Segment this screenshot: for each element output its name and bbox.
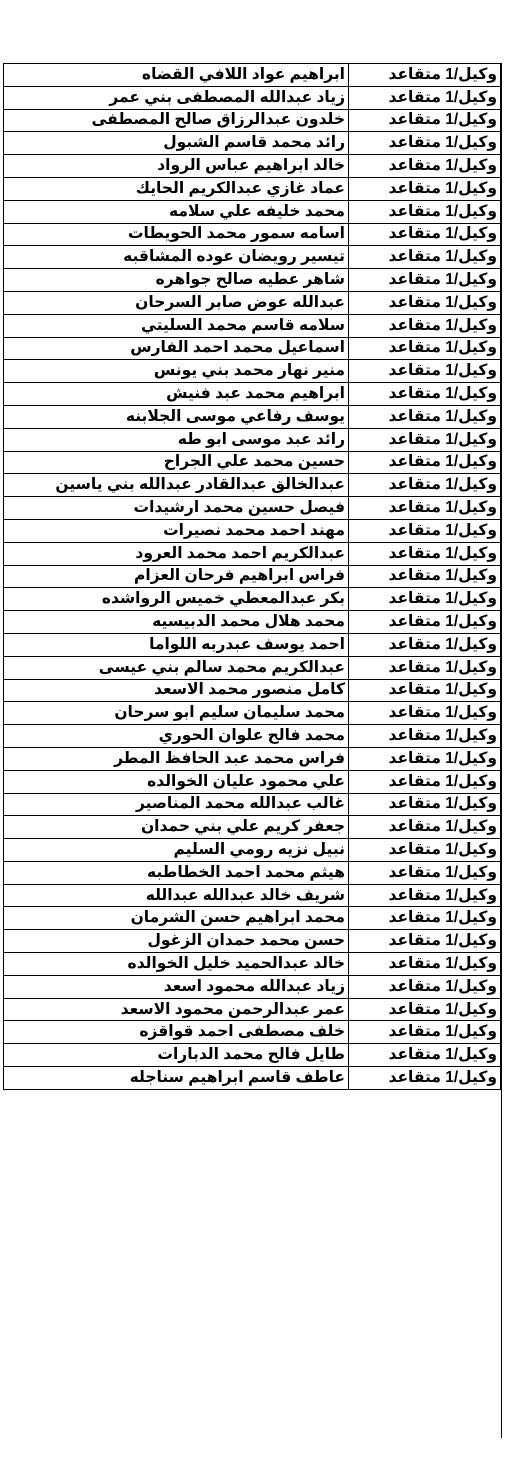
table-row: وكيل/1 متقاعدعبدالخالق عبدالقادر عبدالله… — [4, 474, 501, 497]
table-row: وكيل/1 متقاعدرائد محمد قاسم الشبول — [4, 132, 501, 155]
roster-body: وكيل/1 متقاعدابراهيم عواد اللافي القضاهو… — [4, 64, 501, 1090]
table-row: وكيل/1 متقاعدمحمد ابراهيم حسن الشرمان — [4, 907, 501, 930]
name-cell[interactable]: فراس محمد عبد الحافظ المطر — [4, 747, 349, 770]
name-cell[interactable]: سلامه قاسم محمد السليتي — [4, 314, 349, 337]
name-cell[interactable]: شريف خالد عبدالله عبدالله — [4, 884, 349, 907]
table-row: وكيل/1 متقاعدعلي محمود عليان الخوالده — [4, 770, 501, 793]
table-row: وكيل/1 متقاعدمنير نهار محمد بني يونس — [4, 360, 501, 383]
rank-cell[interactable]: وكيل/1 متقاعد — [349, 246, 501, 269]
rank-cell[interactable]: وكيل/1 متقاعد — [349, 428, 501, 451]
name-cell[interactable]: احمد يوسف عبدربه اللواما — [4, 633, 349, 656]
rank-cell[interactable]: وكيل/1 متقاعد — [349, 1021, 501, 1044]
table-row: وكيل/1 متقاعدعبدالكريم احمد محمد العرود — [4, 542, 501, 565]
name-cell[interactable]: حسن محمد حمدان الزغول — [4, 930, 349, 953]
table-row: وكيل/1 متقاعدزياد عبدالله المصطفى بني عم… — [4, 86, 501, 109]
table-row: وكيل/1 متقاعدعماد غازي عبدالكريم الحايك — [4, 177, 501, 200]
table-row: وكيل/1 متقاعدكامل منصور محمد الاسعد — [4, 679, 501, 702]
table-row: وكيل/1 متقاعدحسن محمد حمدان الزغول — [4, 930, 501, 953]
table-row: وكيل/1 متقاعدمحمد سليمان سليم ابو سرحان — [4, 702, 501, 725]
table-row: وكيل/1 متقاعدطايل فالح محمد الدبارات — [4, 1044, 501, 1067]
rank-cell[interactable]: وكيل/1 متقاعد — [349, 155, 501, 178]
name-cell[interactable]: زياد عبدالله المصطفى بني عمر — [4, 86, 349, 109]
name-cell[interactable]: محمد سليمان سليم ابو سرحان — [4, 702, 349, 725]
table-row: وكيل/1 متقاعدمحمد هلال محمد الدبيسيه — [4, 611, 501, 634]
name-cell[interactable]: فراس ابراهيم فرحان العزام — [4, 565, 349, 588]
name-cell[interactable]: عبدالكريم احمد محمد العرود — [4, 542, 349, 565]
name-cell[interactable]: هيثم محمد احمد الخطاطبه — [4, 861, 349, 884]
rank-cell[interactable]: وكيل/1 متقاعد — [349, 86, 501, 109]
table-row: وكيل/1 متقاعداسماعيل محمد احمد الفارس — [4, 337, 501, 360]
table-row: وكيل/1 متقاعدغالب عبدالله محمد المناصير — [4, 793, 501, 816]
name-cell[interactable]: حسين محمد علي الجراح — [4, 451, 349, 474]
name-cell[interactable]: ابراهيم محمد عبد فنيش — [4, 383, 349, 406]
rank-cell[interactable]: وكيل/1 متقاعد — [349, 907, 501, 930]
name-cell[interactable]: عاطف قاسم ابراهيم سناجله — [4, 1067, 349, 1090]
name-cell[interactable]: خالد ابراهيم عباس الرواد — [4, 155, 349, 178]
rank-cell[interactable]: وكيل/1 متقاعد — [349, 360, 501, 383]
rank-cell[interactable]: وكيل/1 متقاعد — [349, 1067, 501, 1090]
rank-cell[interactable]: وكيل/1 متقاعد — [349, 337, 501, 360]
table-row: وكيل/1 متقاعدشريف خالد عبدالله عبدالله — [4, 884, 501, 907]
name-cell[interactable]: جعفر كريم علي بني حمدان — [4, 816, 349, 839]
table-row: وكيل/1 متقاعدهيثم محمد احمد الخطاطبه — [4, 861, 501, 884]
name-cell[interactable]: طايل فالح محمد الدبارات — [4, 1044, 349, 1067]
table-row: وكيل/1 متقاعدعبدالكريم محمد سالم بني عيس… — [4, 656, 501, 679]
rank-cell[interactable]: وكيل/1 متقاعد — [349, 519, 501, 542]
name-cell[interactable]: محمد خليفه علي سلامه — [4, 200, 349, 223]
name-cell[interactable]: محمد ابراهيم حسن الشرمان — [4, 907, 349, 930]
table-row: وكيل/1 متقاعدرائد عبد موسى ابو طه — [4, 428, 501, 451]
name-cell[interactable]: خالد عبدالحميد خليل الخوالده — [4, 953, 349, 976]
table-row: وكيل/1 متقاعدجعفر كريم علي بني حمدان — [4, 816, 501, 839]
table-row: وكيل/1 متقاعدابراهيم محمد عبد فنيش — [4, 383, 501, 406]
table-row: وكيل/1 متقاعدخالد عبدالحميد خليل الخوالد… — [4, 953, 501, 976]
table-row: وكيل/1 متقاعدمحمد فالح علوان الحوري — [4, 725, 501, 748]
name-cell[interactable]: خلف مصطفى احمد قواقزه — [4, 1021, 349, 1044]
table-row: وكيل/1 متقاعدمهند احمد محمد نصيرات — [4, 519, 501, 542]
rank-cell[interactable]: وكيل/1 متقاعد — [349, 1044, 501, 1067]
table-row: وكيل/1 متقاعداسامه سمور محمد الحويطات — [4, 223, 501, 246]
name-cell[interactable]: منير نهار محمد بني يونس — [4, 360, 349, 383]
name-cell[interactable]: علي محمود عليان الخوالده — [4, 770, 349, 793]
name-cell[interactable]: عمر عبدالرحمن محمود الاسعد — [4, 998, 349, 1021]
table-row: وكيل/1 متقاعدمحمد خليفه علي سلامه — [4, 200, 501, 223]
rank-cell[interactable]: وكيل/1 متقاعد — [349, 884, 501, 907]
roster-table: وكيل/1 متقاعدابراهيم عواد اللافي القضاهو… — [3, 63, 501, 1090]
table-row: وكيل/1 متقاعديوسف رفاعي موسى الجلابنه — [4, 405, 501, 428]
table-row: وكيل/1 متقاعدفيصل حسين محمد ارشيدات — [4, 497, 501, 520]
name-cell[interactable]: رائد محمد قاسم الشبول — [4, 132, 349, 155]
rank-cell[interactable]: وكيل/1 متقاعد — [349, 109, 501, 132]
rank-cell[interactable]: وكيل/1 متقاعد — [349, 611, 501, 634]
name-cell[interactable]: اسماعيل محمد احمد الفارس — [4, 337, 349, 360]
rank-cell[interactable]: وكيل/1 متقاعد — [349, 132, 501, 155]
rank-cell[interactable]: وكيل/1 متقاعد — [349, 474, 501, 497]
rank-cell[interactable]: وكيل/1 متقاعد — [349, 451, 501, 474]
rank-cell[interactable]: وكيل/1 متقاعد — [349, 656, 501, 679]
table-row: وكيل/1 متقاعدخلف مصطفى احمد قواقزه — [4, 1021, 501, 1044]
rank-cell[interactable]: وكيل/1 متقاعد — [349, 542, 501, 565]
name-cell[interactable]: يوسف رفاعي موسى الجلابنه — [4, 405, 349, 428]
rank-cell[interactable]: وكيل/1 متقاعد — [349, 200, 501, 223]
name-cell[interactable]: محمد هلال محمد الدبيسيه — [4, 611, 349, 634]
rank-cell[interactable]: وكيل/1 متقاعد — [349, 747, 501, 770]
rank-cell[interactable]: وكيل/1 متقاعد — [349, 291, 501, 314]
name-cell[interactable]: خلدون عبدالرزاق صالح المصطفى — [4, 109, 349, 132]
rank-cell[interactable]: وكيل/1 متقاعد — [349, 405, 501, 428]
table-row: وكيل/1 متقاعدشاهر عطيه صالح جواهره — [4, 269, 501, 292]
rank-cell[interactable]: وكيل/1 متقاعد — [349, 177, 501, 200]
table-row: وكيل/1 متقاعداحمد يوسف عبدربه اللواما — [4, 633, 501, 656]
rank-cell[interactable]: وكيل/1 متقاعد — [349, 725, 501, 748]
name-cell[interactable]: تيسير رويضان عوده المشاقبه — [4, 246, 349, 269]
rank-cell[interactable]: وكيل/1 متقاعد — [349, 588, 501, 611]
name-cell[interactable]: مهند احمد محمد نصيرات — [4, 519, 349, 542]
name-cell[interactable]: بكر عبدالمعطي خميس الرواشده — [4, 588, 349, 611]
roster-sheet: وكيل/1 متقاعدابراهيم عواد اللافي القضاهو… — [3, 63, 501, 1090]
name-cell[interactable]: عبدالكريم محمد سالم بني عيسى — [4, 656, 349, 679]
rank-cell[interactable]: وكيل/1 متقاعد — [349, 314, 501, 337]
rank-cell[interactable]: وكيل/1 متقاعد — [349, 793, 501, 816]
rank-cell[interactable]: وكيل/1 متقاعد — [349, 816, 501, 839]
rank-cell[interactable]: وكيل/1 متقاعد — [349, 633, 501, 656]
rank-cell[interactable]: وكيل/1 متقاعد — [349, 702, 501, 725]
adjacent-column-edge — [501, 63, 507, 1438]
rank-cell[interactable]: وكيل/1 متقاعد — [349, 497, 501, 520]
table-row: وكيل/1 متقاعدتيسير رويضان عوده المشاقبه — [4, 246, 501, 269]
name-cell[interactable]: فيصل حسين محمد ارشيدات — [4, 497, 349, 520]
rank-cell[interactable]: وكيل/1 متقاعد — [349, 953, 501, 976]
name-cell[interactable]: رائد عبد موسى ابو طه — [4, 428, 349, 451]
table-row: وكيل/1 متقاعدبكر عبدالمعطي خميس الرواشده — [4, 588, 501, 611]
rank-cell[interactable]: وكيل/1 متقاعد — [349, 975, 501, 998]
table-row: وكيل/1 متقاعدعاطف قاسم ابراهيم سناجله — [4, 1067, 501, 1090]
name-cell[interactable]: عبدالخالق عبدالقادر عبدالله بني ياسين — [4, 474, 349, 497]
table-row: وكيل/1 متقاعدحسين محمد علي الجراح — [4, 451, 501, 474]
name-cell[interactable]: غالب عبدالله محمد المناصير — [4, 793, 349, 816]
name-cell[interactable]: كامل منصور محمد الاسعد — [4, 679, 349, 702]
rank-cell[interactable]: وكيل/1 متقاعد — [349, 269, 501, 292]
name-cell[interactable]: نبيل نزيه رومي السليم — [4, 839, 349, 862]
rank-cell[interactable]: وكيل/1 متقاعد — [349, 930, 501, 953]
rank-cell[interactable]: وكيل/1 متقاعد — [349, 679, 501, 702]
table-row: وكيل/1 متقاعدخالد ابراهيم عباس الرواد — [4, 155, 501, 178]
name-cell[interactable]: عبدالله عوض صابر السرحان — [4, 291, 349, 314]
table-row: وكيل/1 متقاعدزياد عبدالله محمود اسعد — [4, 975, 501, 998]
table-row: وكيل/1 متقاعدنبيل نزيه رومي السليم — [4, 839, 501, 862]
rank-cell[interactable]: وكيل/1 متقاعد — [349, 770, 501, 793]
rank-cell[interactable]: وكيل/1 متقاعد — [349, 565, 501, 588]
rank-cell[interactable]: وكيل/1 متقاعد — [349, 64, 501, 87]
rank-cell[interactable]: وكيل/1 متقاعد — [349, 223, 501, 246]
table-row: وكيل/1 متقاعدابراهيم عواد اللافي القضاه — [4, 64, 501, 87]
name-cell[interactable]: شاهر عطيه صالح جواهره — [4, 269, 349, 292]
name-cell[interactable]: عماد غازي عبدالكريم الحايك — [4, 177, 349, 200]
rank-cell[interactable]: وكيل/1 متقاعد — [349, 998, 501, 1021]
name-cell[interactable]: ابراهيم عواد اللافي القضاه — [4, 64, 349, 87]
rank-cell[interactable]: وكيل/1 متقاعد — [349, 861, 501, 884]
table-row: وكيل/1 متقاعدخلدون عبدالرزاق صالح المصطف… — [4, 109, 501, 132]
name-cell[interactable]: محمد فالح علوان الحوري — [4, 725, 349, 748]
table-row: وكيل/1 متقاعدسلامه قاسم محمد السليتي — [4, 314, 501, 337]
table-row: وكيل/1 متقاعدفراس ابراهيم فرحان العزام — [4, 565, 501, 588]
table-row: وكيل/1 متقاعدعمر عبدالرحمن محمود الاسعد — [4, 998, 501, 1021]
rank-cell[interactable]: وكيل/1 متقاعد — [349, 383, 501, 406]
table-row: وكيل/1 متقاعدعبدالله عوض صابر السرحان — [4, 291, 501, 314]
name-cell[interactable]: زياد عبدالله محمود اسعد — [4, 975, 349, 998]
name-cell[interactable]: اسامه سمور محمد الحويطات — [4, 223, 349, 246]
rank-cell[interactable]: وكيل/1 متقاعد — [349, 839, 501, 862]
table-row: وكيل/1 متقاعدفراس محمد عبد الحافظ المطر — [4, 747, 501, 770]
